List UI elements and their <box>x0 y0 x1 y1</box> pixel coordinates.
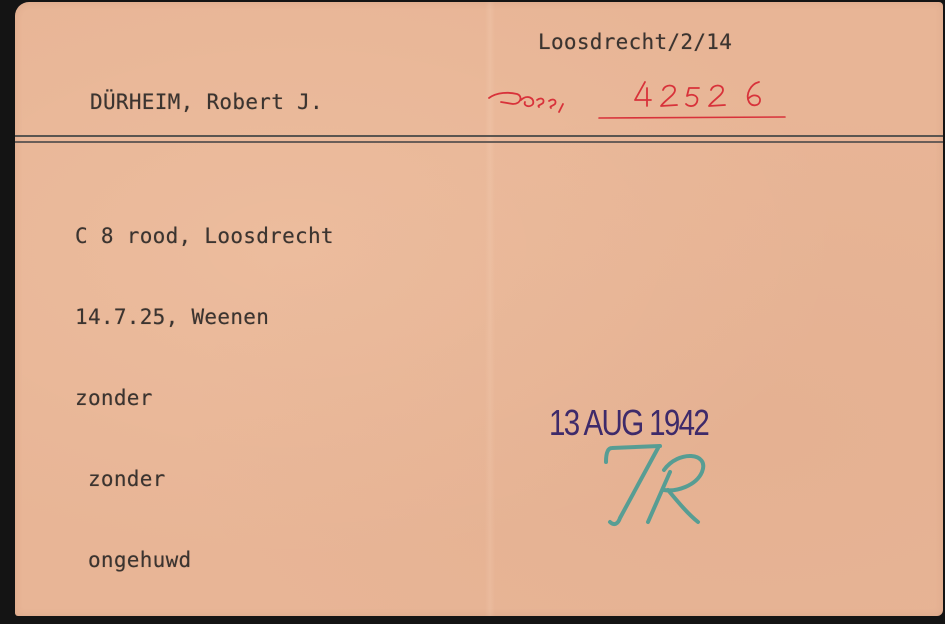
details-block: C 8 rood, Loosdrecht 14.7.25, Weenen zon… <box>75 169 334 624</box>
date-stamp: 13 AUG 1942 <box>549 402 708 444</box>
initials-handwritten <box>598 442 708 537</box>
person-name: DÜRHEIM, Robert J. <box>90 90 323 114</box>
header-divider-bottom <box>15 141 943 143</box>
detail-line-4: zonder <box>75 466 334 493</box>
index-card: Loosdrecht/2/14 DÜRHEIM, Robert J. C 8 <box>15 2 943 616</box>
birth-line: 14.7.25, Weenen <box>75 304 334 331</box>
dossier-number-handwritten <box>487 80 787 125</box>
header-divider-top <box>15 135 943 137</box>
address-line: C 8 rood, Loosdrecht <box>75 223 334 250</box>
file-reference: Loosdrecht/2/14 <box>538 30 732 54</box>
marital-status-line: ongehuwd <box>75 547 334 574</box>
detail-line-3: zonder <box>75 385 334 412</box>
